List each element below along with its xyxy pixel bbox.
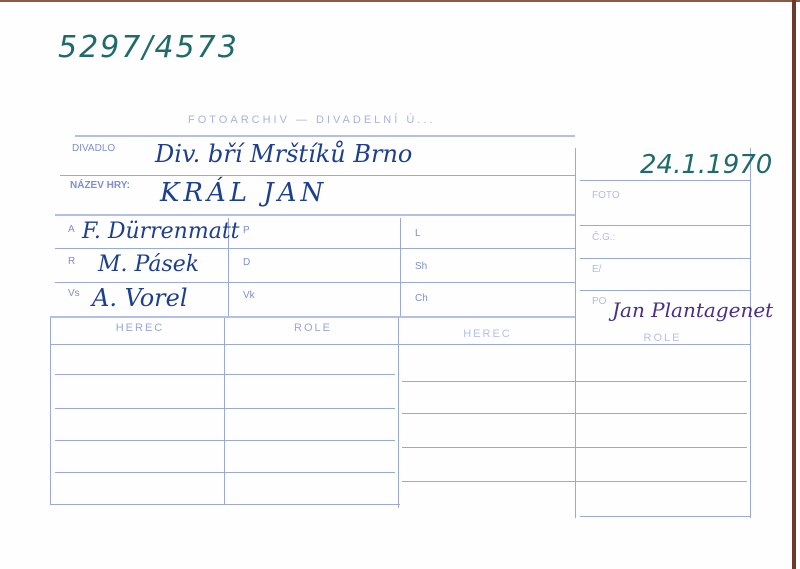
credit-value-director: M. Pásek <box>98 252 199 277</box>
credit-label-l: L <box>415 228 421 239</box>
credit-value-author: F. Dürrenmatt <box>82 219 240 244</box>
divadlo-value: Div. bří Mrštíků Brno <box>155 140 412 168</box>
card-top-edge <box>0 0 800 2</box>
table-header-role-2: ROLE <box>580 332 745 344</box>
credit-label-p: P <box>243 225 250 236</box>
table-row-line <box>55 440 395 441</box>
card-right-edge <box>792 0 796 569</box>
archive-stamp-header: FOTOARCHIV — DIVADELNÍ Ú... <box>188 114 435 126</box>
form-line <box>55 248 575 249</box>
table-row-line <box>55 472 395 473</box>
form-line <box>575 148 576 518</box>
form-line <box>750 148 751 518</box>
cgn-label: Č.G.: <box>592 232 615 243</box>
form-line <box>60 175 575 176</box>
table-header-herec-1: HEREC <box>60 322 220 334</box>
form-line <box>400 218 401 318</box>
nazev-hry-label: NÁZEV HRY: <box>70 180 130 191</box>
table-header-role-1: ROLE <box>228 322 398 334</box>
form-line <box>50 318 51 504</box>
table-row-line <box>402 481 747 482</box>
credit-label-director: R <box>68 256 75 267</box>
form-line <box>50 316 575 318</box>
form-line <box>580 225 750 226</box>
form-line <box>55 214 575 216</box>
credit-label-vk: Vk <box>243 290 255 301</box>
inventory-number: 5297/4573 <box>58 30 239 65</box>
e-label: E/ <box>592 264 601 275</box>
po-label: PO <box>592 296 606 307</box>
form-line <box>398 318 399 508</box>
table-row-line <box>55 408 395 409</box>
credit-label-sh: Sh <box>415 261 427 272</box>
form-line <box>580 258 750 259</box>
table-row-line <box>580 516 750 517</box>
table-row-line <box>50 504 400 505</box>
credit-label-d: D <box>243 257 250 268</box>
form-line <box>75 135 575 137</box>
form-line <box>50 344 750 345</box>
role-value: Jan Plantagenet <box>612 298 773 322</box>
form-line <box>580 180 750 181</box>
nazev-hry-value: KRÁL JAN <box>160 178 327 208</box>
divadlo-label: DIVADLO <box>72 143 115 154</box>
credit-label-ch: Ch <box>415 293 428 304</box>
date-value: 24.1.1970 <box>640 150 772 180</box>
form-line <box>224 318 225 504</box>
credit-label-set: Vs <box>68 288 80 299</box>
table-row-line <box>402 413 747 414</box>
table-row-line <box>55 374 395 375</box>
table-row-line <box>402 381 747 382</box>
table-row-line <box>402 447 747 448</box>
form-line <box>580 290 750 291</box>
credit-label-author: A <box>68 224 75 235</box>
archive-card: 5297/4573 FOTOARCHIV — DIVADELNÍ Ú... DI… <box>0 0 796 569</box>
foto-label: FOTO <box>592 190 620 201</box>
form-line <box>55 282 575 283</box>
table-header-herec-2: HEREC <box>405 328 570 340</box>
credit-value-set: A. Vorel <box>92 284 188 312</box>
